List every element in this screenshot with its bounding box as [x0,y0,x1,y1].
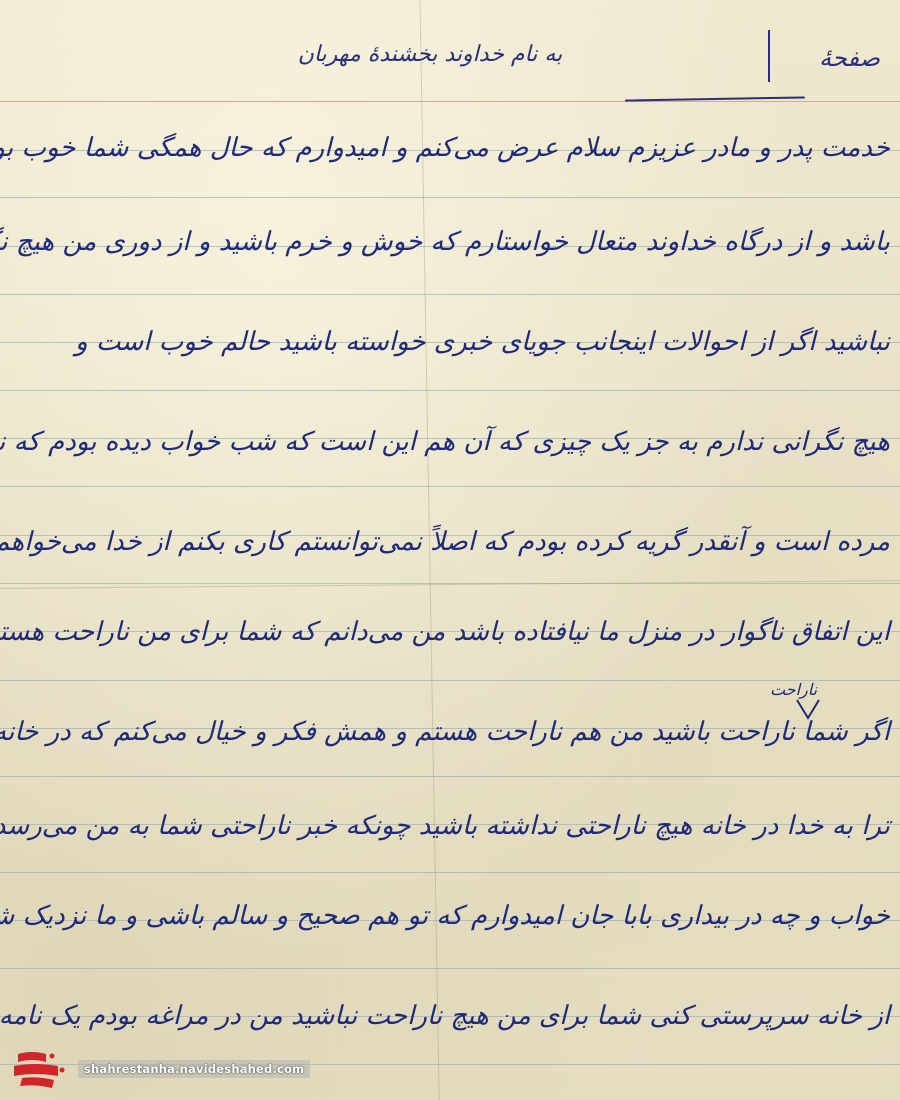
letter-line: ترا به خدا در خانه هیچ ناراحتی نداشته با… [0,806,900,846]
interlinear-insertion: ناراحت [770,680,817,699]
page-label: صفحهٔ [819,44,880,72]
navideshahed-logo-icon [12,1048,72,1090]
letter-line: اگر شما ناراحت باشید من هم ناراحت هستم و… [0,712,900,752]
insertion-caret-icon [795,698,821,720]
letter-header: به نام خداوند بخشندهٔ مهربان صفحهٔ [0,30,900,100]
ruled-line [0,294,900,295]
watermark-url: shahrestanha.navideshahed.com [78,1060,310,1078]
letter-line: این اتفاق ناگوار در منزل ما نیافتاده باش… [0,612,900,652]
ruled-line [0,968,900,969]
letter-line: مرده است و آنقدر گریه کرده بودم که اصلاً… [0,522,900,562]
site-watermark: shahrestanha.navideshahed.com [12,1048,310,1090]
ruled-line [0,776,900,777]
bismillah-heading: به نام خداوند بخشندهٔ مهربان [280,42,580,67]
page-number-mark [768,30,770,82]
letter-line: نباشید اگر از احوالات اینجانب جویای خبری… [0,322,900,362]
ruled-line [0,486,900,487]
letter-line: هیچ نگرانی ندارم به جز یک چیزی که آن هم … [0,422,900,462]
ruled-line [0,197,900,198]
ruled-line [0,872,900,873]
letter-line: باشد و از درگاه خداوند متعال خواستارم که… [0,222,900,262]
letter-line: از خانه سرپرستی کنی شما برای من هیچ نارا… [0,996,900,1036]
ruled-line [0,390,900,391]
letter-line: خدمت پدر و مادر عزیزم سلام عرض می‌کنم و … [0,128,900,168]
ruled-line [0,680,900,681]
margin-rule [0,101,900,102]
letter-line: خواب و چه در بیداری بابا جان امیدوارم که… [0,896,900,936]
